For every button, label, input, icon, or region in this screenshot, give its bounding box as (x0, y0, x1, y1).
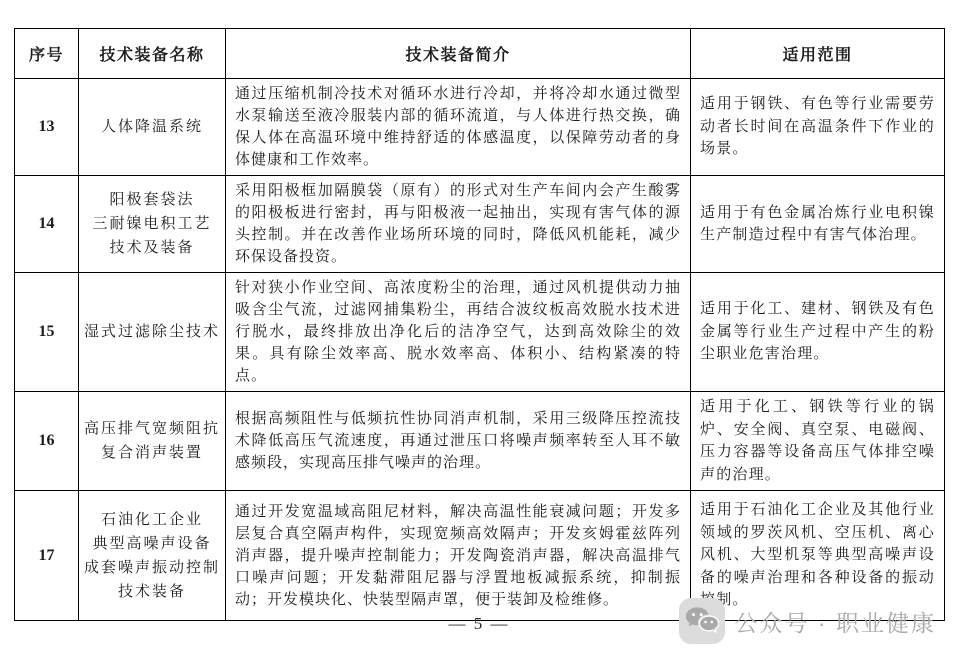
equipment-name-line: 石油化工企业 (101, 512, 203, 528)
watermark-badge: 公众号 · 职业健康 (679, 598, 936, 644)
column-header-scope: 适用范围 (691, 29, 945, 79)
equipment-name: 阳极套袋法三耐镍电积工艺技术及装备 (79, 176, 226, 273)
column-header-no: 序号 (15, 29, 79, 79)
equipment-name-line: 三耐镍电积工艺 (92, 216, 211, 232)
row-number: 14 (15, 176, 79, 273)
applicable-scope: 适用于有色金属冶炼行业电积镍生产制造过程中有害气体治理。 (691, 176, 945, 273)
equipment-name-line: 技术及装备 (109, 240, 194, 256)
equipment-name-line: 典型高噪声设备 (92, 536, 211, 552)
table-body: 13人体降温系统通过压缩机制冷技术对循环水进行冷却，并将冷却水通过微型水泵输送至… (15, 79, 945, 621)
equipment-name-line: 人体降温系统 (101, 119, 203, 135)
applicable-scope: 适用于化工、建材、钢铁及有色金属等行业生产过程中产生的粉尘职业危害治理。 (691, 273, 945, 392)
row-number: 16 (15, 392, 79, 491)
equipment-name-line: 阳极套袋法 (109, 192, 194, 208)
equipment-intro: 采用阳极框加隔膜袋（原有）的形式对生产车间内会产生酸雾的阳极板进行密封，再与阳极… (226, 176, 691, 273)
table-header-row: 序号 技术装备名称 技术装备简介 适用范围 (15, 29, 945, 79)
equipment-name-line: 湿式过滤除尘技术 (84, 324, 220, 340)
watermark-text: 公众号 · 职业健康 (735, 605, 936, 638)
equipment-table: 序号 技术装备名称 技术装备简介 适用范围 13人体降温系统通过压缩机制冷技术对… (14, 28, 945, 621)
table-row: 13人体降温系统通过压缩机制冷技术对循环水进行冷却，并将冷却水通过微型水泵输送至… (15, 79, 945, 176)
equipment-name: 高压排气宽频阻抗复合消声装置 (79, 392, 226, 491)
column-header-intro: 技术装备简介 (226, 29, 691, 79)
applicable-scope: 适用于钢铁、有色等行业需要劳动者长时间在高温条件下作业的场景。 (691, 79, 945, 176)
column-header-name: 技术装备名称 (79, 29, 226, 79)
table-row: 14阳极套袋法三耐镍电积工艺技术及装备采用阳极框加隔膜袋（原有）的形式对生产车间… (15, 176, 945, 273)
equipment-intro: 根据高频阻性与低频抗性协同消声机制，采用三级降压控流技术降低高压气流速度，再通过… (226, 392, 691, 491)
applicable-scope: 适用于化工、钢铁等行业的锅炉、安全阀、真空泵、电磁阀、压力容器等设备高压气体排空… (691, 392, 945, 491)
row-number: 13 (15, 79, 79, 176)
equipment-name-line: 成套噪声振动控制 (84, 560, 220, 576)
table-row: 15湿式过滤除尘技术针对狭小作业空间、高浓度粉尘的治理，通过风机提供动力抽吸含尘… (15, 273, 945, 392)
table-row: 16高压排气宽频阻抗复合消声装置根据高频阻性与低频抗性协同消声机制，采用三级降压… (15, 392, 945, 491)
equipment-name: 湿式过滤除尘技术 (79, 273, 226, 392)
document-page: 序号 技术装备名称 技术装备简介 适用范围 13人体降温系统通过压缩机制冷技术对… (0, 0, 958, 649)
equipment-intro: 针对狭小作业空间、高浓度粉尘的治理，通过风机提供动力抽吸含尘气流，过滤网捕集粉尘… (226, 273, 691, 392)
equipment-name-line: 复合消声装置 (101, 445, 203, 461)
equipment-intro: 通过压缩机制冷技术对循环水进行冷却，并将冷却水通过微型水泵输送至液冷服装内部的循… (226, 79, 691, 176)
page-footer: — 5 — 公众号 · 职业健康 (0, 598, 958, 648)
wechat-icon (679, 598, 725, 644)
row-number: 15 (15, 273, 79, 392)
equipment-name-line: 高压排气宽频阻抗 (84, 421, 220, 437)
equipment-name: 人体降温系统 (79, 79, 226, 176)
